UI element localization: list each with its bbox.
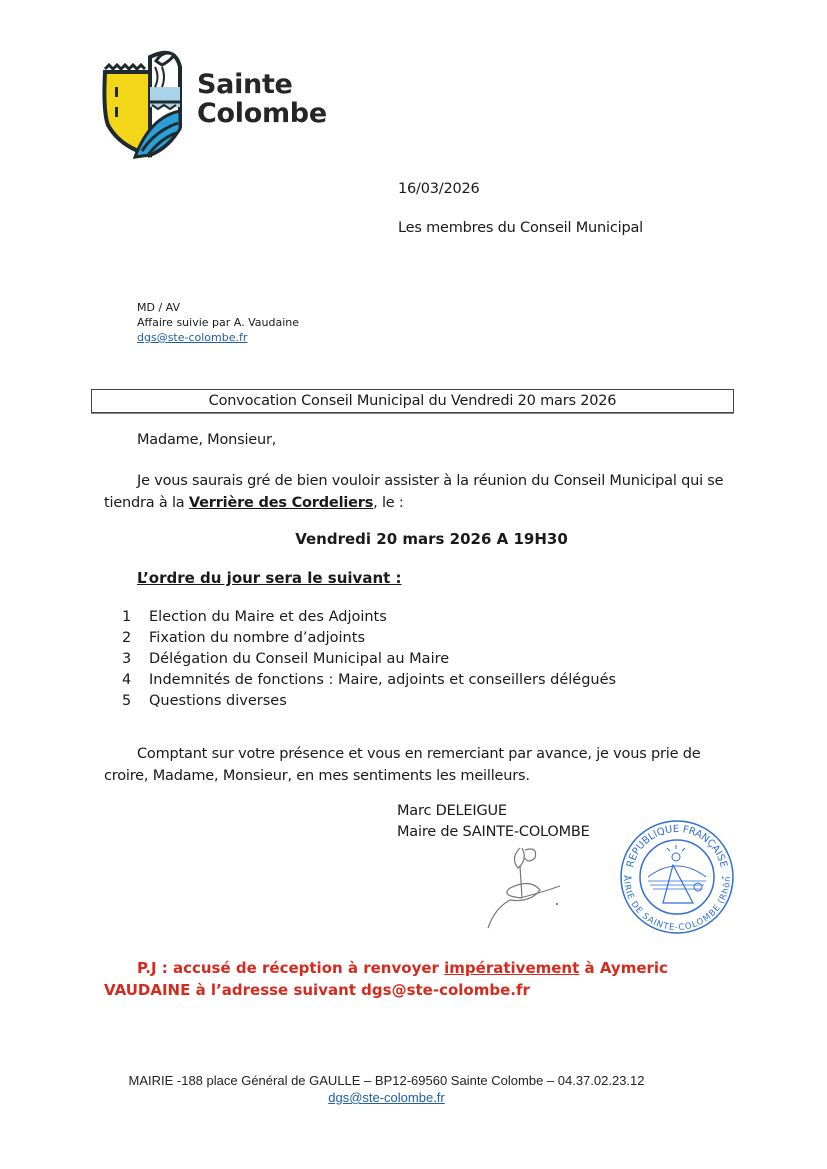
- signer-block: Marc DELEIGUE Maire de SAINTE-COLOMBE: [397, 801, 590, 843]
- attachment-note: P.J : accusé de réception à renvoyer imp…: [104, 957, 744, 1001]
- agenda-item-label: Indemnités de fonctions : Maire, adjoint…: [149, 670, 616, 691]
- invitation-text-end: , le :: [373, 495, 403, 511]
- logo-line-1: Sainte: [197, 70, 327, 99]
- agenda-item: 5Questions diverses: [122, 691, 616, 712]
- closing-paragraph: Comptant sur votre présence et vous en r…: [104, 743, 744, 787]
- agenda-item-number: 1: [122, 607, 149, 628]
- meeting-datetime-text: Vendredi 20 mars 2026 A 19H30: [295, 530, 568, 548]
- agenda-item: 1Election du Maire et des Adjoints: [122, 607, 616, 628]
- footer-email-link[interactable]: dgs@ste-colombe.fr: [328, 1090, 445, 1105]
- official-stamp-icon: REPUBLIQUE FRANÇAISE MAIRIE DE SAINTE-CO…: [618, 815, 736, 940]
- subject-box: Convocation Conseil Municipal du Vendred…: [91, 389, 734, 413]
- reference-block: MD / AV Affaire suivie par A. Vaudaine d…: [137, 300, 299, 345]
- attachment-note-prefix: P.J : accusé de réception à renvoyer: [137, 959, 444, 977]
- agenda-item-number: 3: [122, 649, 149, 670]
- agenda-item: 3Délégation du Conseil Municipal au Mair…: [122, 649, 616, 670]
- logo-wordmark: Sainte Colombe: [197, 70, 327, 128]
- reference-email-link[interactable]: dgs@ste-colombe.fr: [137, 331, 247, 344]
- agenda-item-number: 4: [122, 670, 149, 691]
- agenda-item-label: Fixation du nombre d’adjoints: [149, 628, 365, 649]
- logo-line-2: Colombe: [197, 99, 327, 128]
- stamp-top-text: REPUBLIQUE FRANÇAISE: [625, 824, 729, 869]
- agenda-item-number: 5: [122, 691, 149, 712]
- reference-initials: MD / AV: [137, 300, 299, 315]
- footer: MAIRIE -188 place Général de GAULLE – BP…: [0, 1072, 827, 1106]
- handwritten-signature-icon: [480, 838, 570, 938]
- agenda-item-number: 2: [122, 628, 149, 649]
- closing-text: Comptant sur votre présence et vous en r…: [104, 746, 700, 784]
- greeting: Madame, Monsieur,: [137, 432, 276, 448]
- agenda-list: 1Election du Maire et des Adjoints 2Fixa…: [122, 607, 616, 712]
- agenda-item: 4Indemnités de fonctions : Maire, adjoin…: [122, 670, 616, 691]
- reference-handled-by: Affaire suivie par A. Vaudaine: [137, 315, 299, 330]
- agenda-title: L’ordre du jour sera le suivant :: [137, 569, 402, 587]
- invitation-paragraph: Je vous saurais gré de bien vouloir assi…: [104, 470, 744, 514]
- svg-text:*: *: [721, 875, 725, 883]
- agenda-item-label: Délégation du Conseil Municipal au Maire: [149, 649, 449, 670]
- agenda-item-label: Questions diverses: [149, 691, 287, 712]
- coat-of-arms-icon: [100, 47, 200, 162]
- letter-recipient: Les membres du Conseil Municipal: [398, 220, 643, 236]
- attachment-note-emphasis: impérativement: [444, 959, 579, 977]
- letter-date: 16/03/2026: [398, 181, 480, 197]
- meeting-datetime: Vendredi 20 mars 2026 A 19H30: [0, 530, 827, 548]
- signer-name: Marc DELEIGUE: [397, 801, 590, 822]
- agenda-item: 2Fixation du nombre d’adjoints: [122, 628, 616, 649]
- svg-text:*: *: [629, 875, 633, 883]
- agenda-item-label: Election du Maire et des Adjoints: [149, 607, 387, 628]
- svg-text:REPUBLIQUE FRANÇAISE: REPUBLIQUE FRANÇAISE: [625, 824, 729, 869]
- venue-name: Verrière des Cordeliers: [189, 495, 373, 511]
- footer-address: MAIRIE -188 place Général de GAULLE – BP…: [0, 1072, 800, 1089]
